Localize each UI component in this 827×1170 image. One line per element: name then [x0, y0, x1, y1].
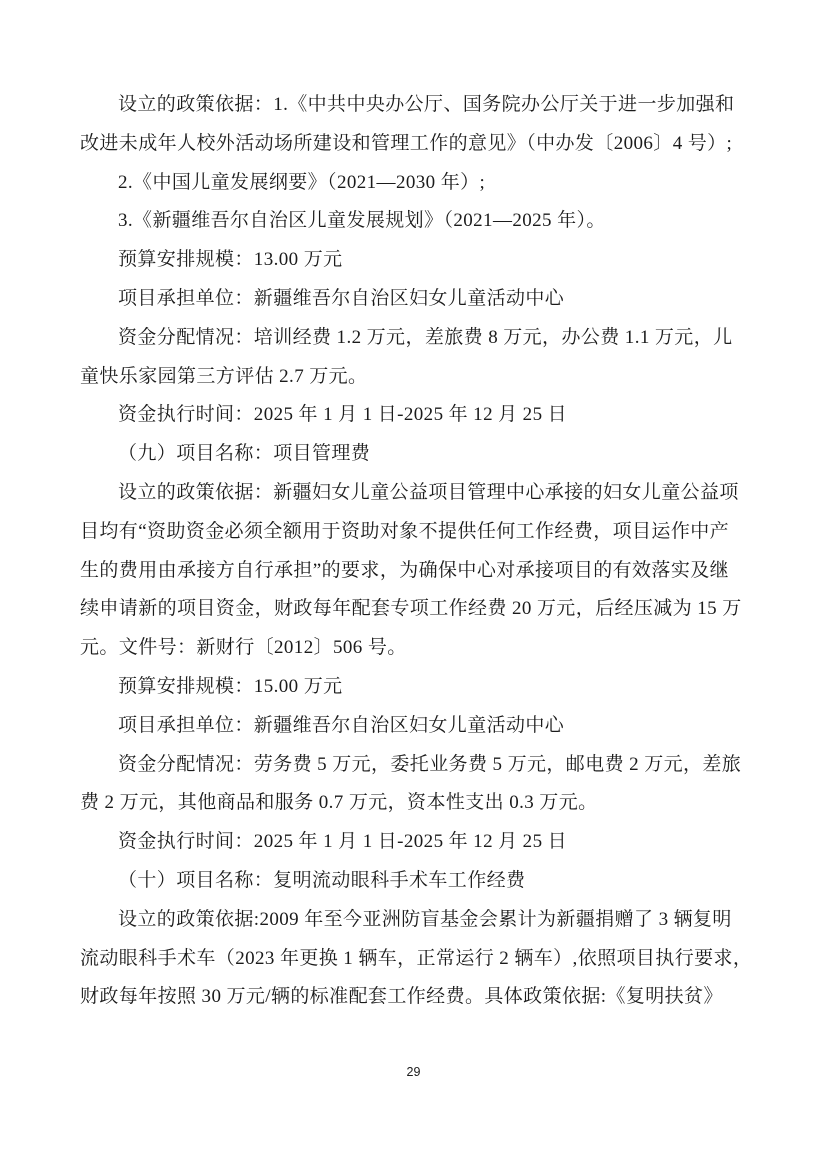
text-line: 续申请新的项目资金，财政每年配套专项工作经费 20 万元，后经压减为 15 万 — [80, 590, 734, 629]
text-line: 元。文件号：新财行〔2012〕506 号。 — [80, 629, 734, 668]
page-footer: 29 — [0, 1063, 827, 1081]
text-line: 设立的政策依据：1.《中共中央办公厅、国务院办公厅关于进一步加强和 — [80, 86, 734, 125]
page-number: 29 — [407, 1065, 421, 1079]
text-line: 财政每年按照 30 万元/辆的标准配套工作经费。具体政策依据:《复明扶贫》 — [80, 978, 734, 1017]
text-line: 流动眼科手术车（2023 年更换 1 辆车，正常运行 2 辆车）,依照项目执行要… — [80, 940, 734, 979]
text-line: 项目承担单位：新疆维吾尔自治区妇女儿童活动中心 — [80, 707, 734, 746]
text-line: 资金分配情况：培训经费 1.2 万元，差旅费 8 万元，办公费 1.1 万元，儿 — [80, 319, 734, 358]
text-line: 3.《新疆维吾尔自治区儿童发展规划》（2021—2025 年）。 — [80, 202, 734, 241]
document-page: 设立的政策依据：1.《中共中央办公厅、国务院办公厅关于进一步加强和改进未成年人校… — [0, 0, 827, 1170]
text-line: 设立的政策依据:2009 年至今亚洲防盲基金会累计为新疆捐赠了 3 辆复明 — [80, 901, 734, 940]
text-line: 资金执行时间：2025 年 1 月 1 日-2025 年 12 月 25 日 — [80, 823, 734, 862]
text-line: 2.《中国儿童发展纲要》（2021—2030 年）; — [80, 164, 734, 203]
text-line: 资金分配情况：劳务费 5 万元，委托业务费 5 万元，邮电费 2 万元，差旅 — [80, 746, 734, 785]
document-body: 设立的政策依据：1.《中共中央办公厅、国务院办公厅关于进一步加强和改进未成年人校… — [80, 86, 734, 1017]
text-line: 预算安排规模：15.00 万元 — [80, 668, 734, 707]
text-line: 童快乐家园第三方评估 2.7 万元。 — [80, 358, 734, 397]
text-line: （十）项目名称：复明流动眼科手术车工作经费 — [80, 862, 734, 901]
text-line: 费 2 万元，其他商品和服务 0.7 万元，资本性支出 0.3 万元。 — [80, 784, 734, 823]
text-line: （九）项目名称：项目管理费 — [80, 435, 734, 474]
text-line: 生的费用由承接方自行承担”的要求，为确保中心对承接项目的有效落实及继 — [80, 552, 734, 591]
text-line: 设立的政策依据：新疆妇女儿童公益项目管理中心承接的妇女儿童公益项 — [80, 474, 734, 513]
text-line: 预算安排规模：13.00 万元 — [80, 241, 734, 280]
text-line: 改进未成年人校外活动场所建设和管理工作的意见》（中办发〔2006〕4 号）; — [80, 125, 734, 164]
text-line: 资金执行时间：2025 年 1 月 1 日-2025 年 12 月 25 日 — [80, 396, 734, 435]
text-line: 目均有“资助资金必须全额用于资助对象不提供任何工作经费，项目运作中产 — [80, 513, 734, 552]
text-line: 项目承担单位：新疆维吾尔自治区妇女儿童活动中心 — [80, 280, 734, 319]
